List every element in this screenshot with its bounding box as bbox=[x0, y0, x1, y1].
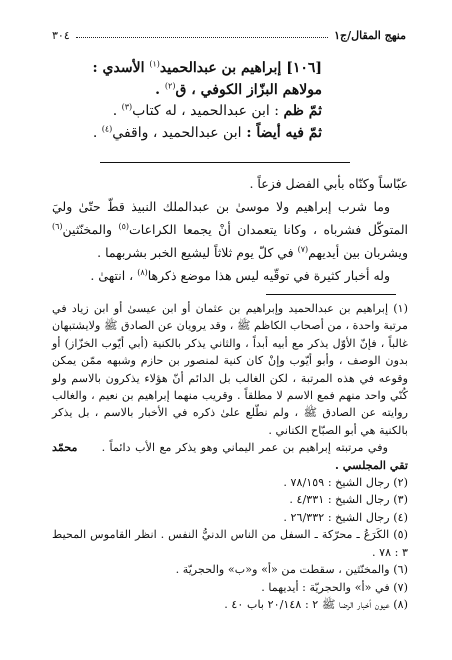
paragraph-3: وله أخبار كثيرة في توقّيه ليس هذا موضع ذ… bbox=[52, 264, 408, 287]
entry-line-3: ثمّ ظم : ابن عبدالحميد ، له كتاب(٣) . bbox=[82, 101, 322, 123]
footnote-1: (١) إبراهيم بن عبدالحميد وإبراهيم بن عثم… bbox=[52, 300, 408, 439]
footnote-ref-4[interactable]: (٤) bbox=[102, 124, 113, 133]
footnote-ref-1[interactable]: (١) bbox=[149, 59, 160, 68]
footnote-number: (١) bbox=[393, 302, 408, 315]
footnote-ref-6[interactable]: (٦) bbox=[52, 222, 63, 231]
footnote-ref-2[interactable]: (٢) bbox=[165, 81, 176, 90]
paragraph-2: وما شرب إبراهيم ولا موسىٰ بن عبدالملك ال… bbox=[52, 195, 408, 264]
footnote-1-continued: وفي مرتبته إبراهيم بن عمر اليماني وهو يذ… bbox=[52, 439, 408, 474]
biography-entry: [١٠٦] إبراهيم بن عبدالحميد(١) الأسدي : م… bbox=[82, 58, 322, 144]
footnote-7: (٧) في «أ» والحجريّة : أيديهما . bbox=[52, 579, 408, 596]
entry-line-4: ثمّ فيه أيضاً : ابن عبدالحميد ، واقفي(٤)… bbox=[82, 123, 322, 145]
footnote-5: (٥) الكَرَعُ ـ محرّكة ـ السفل من الناس ا… bbox=[52, 526, 408, 561]
leader-dots bbox=[76, 31, 328, 38]
section-divider bbox=[100, 162, 350, 163]
book-title: منهج المقال/ج١ bbox=[334, 28, 406, 44]
footnote-ref-8[interactable]: (٨) bbox=[137, 268, 148, 277]
footnote-3: (٣) رجال الشيخ : ٤/٣٣١ . bbox=[52, 491, 408, 508]
running-header: منهج المقال/ج١ ٣٠٤ bbox=[52, 28, 406, 44]
footnote-4: (٤) رجال الشيخ : ٢٦/٣٣٢ . bbox=[52, 509, 408, 526]
source-code: ظم bbox=[283, 103, 303, 119]
footnote-8: (٨) عيون أخبار الرضا ﷺ ٢ : ٢٠/١٤٨ باب ٤٠… bbox=[52, 596, 408, 613]
entry-name: إبراهيم بن عبدالحميد bbox=[160, 60, 281, 76]
main-text: عبّاساً وكنّاه بأبي الفضل فزعاً . وما شر… bbox=[52, 172, 408, 287]
footnotes: (١) إبراهيم بن عبدالحميد وإبراهيم بن عثم… bbox=[52, 300, 408, 613]
page-number: ٣٠٤ bbox=[52, 28, 70, 44]
footnote-divider bbox=[266, 294, 396, 295]
book-page: منهج المقال/ج١ ٣٠٤ [١٠٦] إبراهيم بن عبدا… bbox=[0, 0, 452, 660]
entry-number: [١٠٦] bbox=[286, 60, 322, 76]
paragraph-1: عبّاساً وكنّاه بأبي الفضل فزعاً . bbox=[52, 172, 408, 195]
entry-heading: [١٠٦] إبراهيم بن عبدالحميد(١) الأسدي : bbox=[82, 58, 322, 80]
footnote-ref-5[interactable]: (٥) bbox=[118, 222, 129, 231]
footnote-2: (٢) رجال الشيخ : ٧٨/١٥٩ . bbox=[52, 474, 408, 491]
entry-line-2: مولاهم البزّاز الكوفي ، ق(٢) . bbox=[82, 80, 322, 102]
footnote-ref-7[interactable]: (٧) bbox=[298, 245, 309, 254]
footnote-ref-3[interactable]: (٣) bbox=[122, 102, 133, 111]
entry-nisba: الأسدي : bbox=[93, 60, 145, 76]
footnote-6: (٦) والمخنّثين ، سقطت من «أ» و«ب» والحجر… bbox=[52, 561, 408, 578]
